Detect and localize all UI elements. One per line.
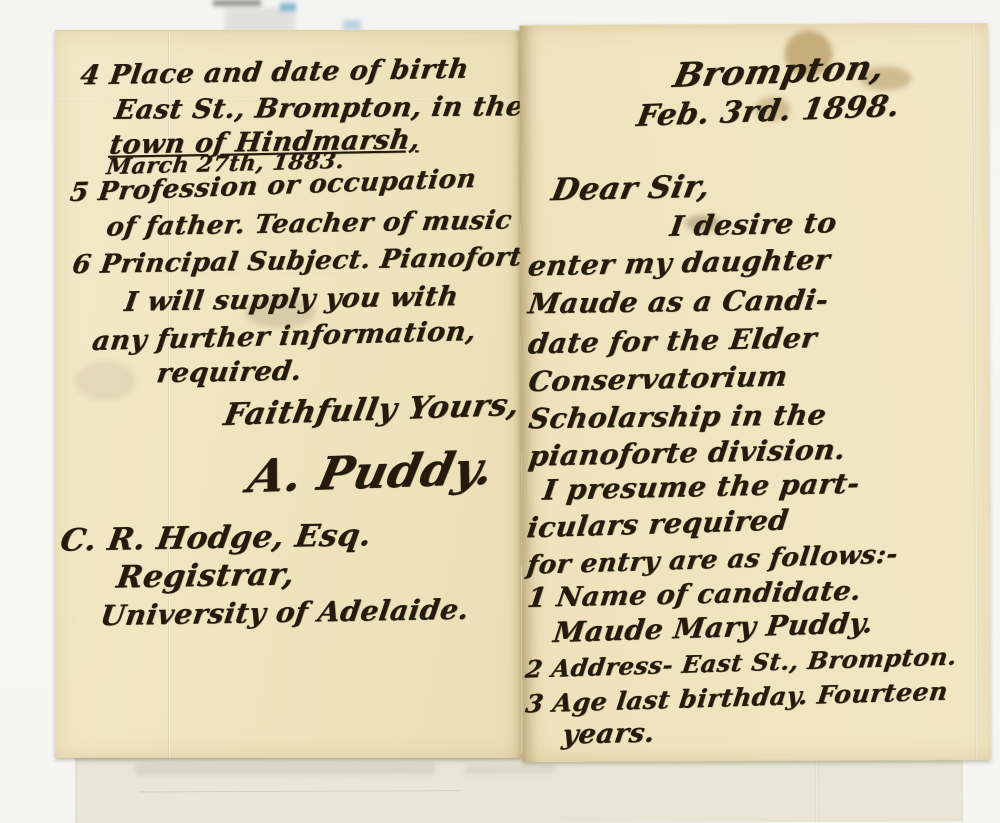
handwriting-line: Maude Mary Puddy. [552, 609, 875, 647]
handwriting-line: Scholarship in the [527, 401, 828, 433]
handwriting-line: iculars required [525, 506, 790, 542]
scanner-smudge-dark [213, 0, 261, 6]
paper-smudge [75, 361, 135, 401]
handwriting-line: pianoforte division. [527, 436, 847, 471]
scanner-smudge-blue [280, 3, 296, 11]
handwriting-line: enter my daughter [526, 246, 832, 281]
handwriting-line: I will supply you with [123, 283, 460, 316]
addressee-org: University of Adelaide. [99, 596, 471, 630]
handwriting-line: any further information, [90, 318, 477, 355]
handwriting-line: 3 Age last birthday. Fourteen [524, 679, 949, 717]
faint-ruled-line [140, 790, 460, 792]
handwriting-line: I desire to [668, 209, 838, 241]
scanner-smudge-blue-faint [343, 20, 361, 30]
scanner-smudge-grey [225, 8, 295, 30]
addressee-name: C. R. Hodge, Esq. [58, 520, 374, 556]
letter-page-right: Brompton, Feb. 3rd. 1898. Dear Sir, I de… [519, 23, 990, 762]
handwriting-line: East St., Brompton, in the [113, 93, 526, 124]
handwriting-line: 2 Address- East St., Brompton. [524, 644, 958, 681]
addressee-title: Registrar, [115, 559, 297, 593]
heading-date: Feb. 3rd. 1898. [634, 92, 902, 132]
bleed-through-marks [465, 764, 555, 774]
bleed-through-marks [135, 762, 435, 775]
fold-crease-right-page [972, 24, 978, 760]
handwriting-line: I presume the part- [541, 470, 861, 505]
handwriting-line: years. [561, 720, 657, 749]
under-sheet [75, 752, 963, 823]
signature: A. Puddy. [244, 445, 498, 499]
handwriting-line: 4 Place and date of birth [79, 56, 471, 90]
handwriting-line: 6 Principal Subject. Pianoforte. [71, 244, 551, 278]
handwriting-line: 1 Name of candidate. [526, 578, 863, 612]
handwriting-line: date for the Elder [527, 324, 819, 358]
scanned-letter: 4 Place and date of birth East St., Brom… [0, 0, 1000, 823]
closing-line: Faithfully Yours, [221, 390, 521, 431]
heading-place: Brompton, [670, 51, 887, 93]
under-sheet-crease [815, 753, 818, 822]
handwriting-line: Maude as a Candi- [526, 286, 830, 318]
handwriting-line: of father. Teacher of music [105, 207, 514, 240]
letter-page-left: 4 Place and date of birth East St., Brom… [55, 30, 521, 758]
handwriting-line: Conservatorium [527, 363, 790, 397]
salutation: Dear Sir, [549, 172, 713, 206]
handwriting-line: required. [155, 358, 304, 388]
handwriting-line: for entry are as follows:- [525, 542, 899, 579]
